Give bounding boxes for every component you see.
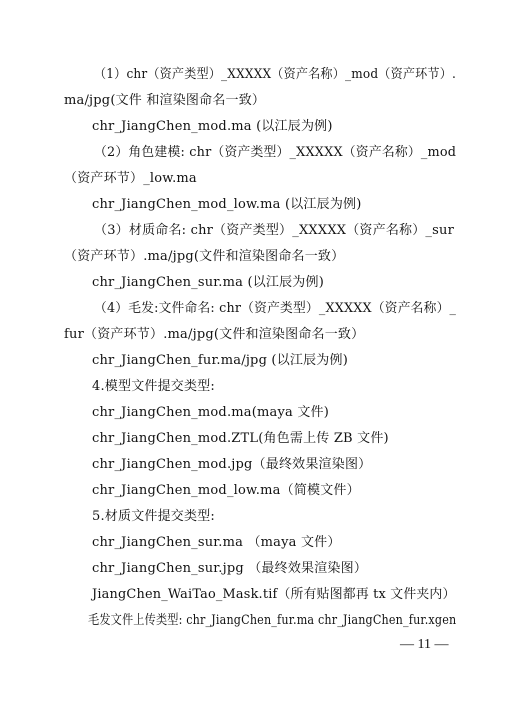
text-line: 毛发文件上传类型: chr_JiangChen_fur.ma chr_Jiang… xyxy=(88,609,456,628)
document-page: （1）chr（资产类型）_XXXXX（资产名称）_mod（资产环节）.ma/jp… xyxy=(0,0,514,725)
text-line: chr_JiangChen_mod.ZTL(角色需上传 ZB 文件) xyxy=(92,427,389,446)
text-line: （1）chr（资产类型）_XXXXX（资产名称）_mod（资产环节）. xyxy=(94,63,456,82)
text-line: （3）材质命名: chr（资产类型）_XXXXX（资产名称）_sur xyxy=(94,219,454,238)
text-line: chr_JiangChen_mod.ma(maya 文件) xyxy=(92,401,329,420)
text-line: chr_JiangChen_mod_low.ma（简模文件） xyxy=(92,479,360,498)
page-number: — 11 — xyxy=(400,637,448,653)
text-line: （资产环节）.ma/jpg(文件和渲染图命名一致） xyxy=(64,245,344,264)
text-line: chr_JiangChen_sur.ma (以江辰为例) xyxy=(92,271,324,290)
text-line: （4）毛发:文件命名: chr（资产类型）_XXXXX（资产名称）_ xyxy=(94,297,456,316)
text-line: chr_JiangChen_fur.ma/jpg (以江辰为例) xyxy=(92,349,348,368)
text-line: 4.模型文件提交类型: xyxy=(92,375,215,394)
text-line: chr_JiangChen_mod_low.ma (以江辰为例) xyxy=(92,193,362,212)
text-line: JiangChen_WaiTao_Mask.tif（所有贴图都再 tx 文件夹内… xyxy=(92,583,456,602)
text-line: ma/jpg(文件 和渲染图命名一致） xyxy=(64,89,265,108)
text-line: （2）角色建模: chr（资产类型）_XXXXX（资产名称）_mod xyxy=(94,141,456,160)
text-line: chr_JiangChen_mod.jpg（最终效果渲染图） xyxy=(92,453,371,472)
text-line: fur（资产环节）.ma/jpg(文件和渲染图命名一致） xyxy=(64,323,364,342)
text-line: chr_JiangChen_sur.ma （maya 文件） xyxy=(92,531,341,550)
text-line: chr_JiangChen_sur.jpg （最终效果渲染图） xyxy=(92,557,367,576)
text-line: （资产环节）_low.ma xyxy=(64,167,197,186)
text-line: 5.材质文件提交类型: xyxy=(92,505,215,524)
text-line: chr_JiangChen_mod.ma (以江辰为例) xyxy=(92,115,333,134)
